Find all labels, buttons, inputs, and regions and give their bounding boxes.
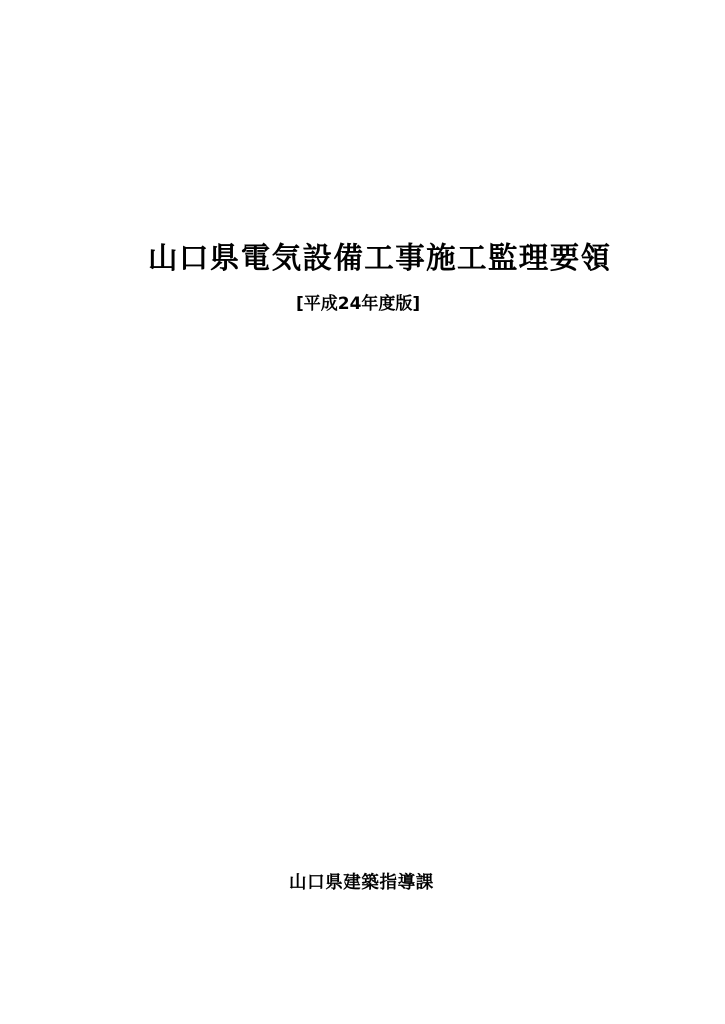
document-cover-page: 山口県電気設備工事施工監理要領 [平成24年度版] 山口県建築指導課 <box>0 0 725 1024</box>
issuing-department: 山口県建築指導課 <box>289 870 434 896</box>
edition-label: [平成24年度版] <box>296 291 420 317</box>
document-title: 山口県電気設備工事施工監理要領 <box>148 238 590 278</box>
